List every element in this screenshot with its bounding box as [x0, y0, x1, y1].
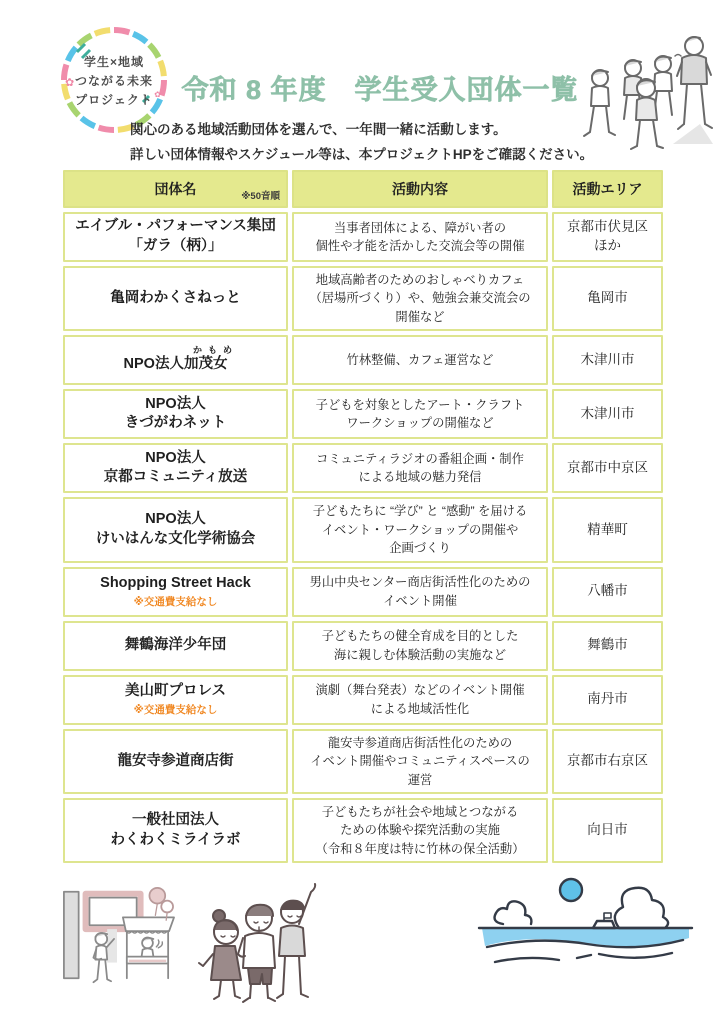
sea-and-boat-illustration: [467, 870, 702, 982]
org-activity: 龍安寺参道商店街活性化のための イベント開催やコミュニティスペースの 運営: [292, 729, 548, 794]
org-activity: 当事者団体による、障がい者の 個性や才能を活かした交流会等の開催: [292, 212, 548, 262]
column-header-area-label: 活動エリア: [573, 179, 643, 199]
org-activity: 子どもたちに “学び” と “感動” を届ける イベント・ワークショップの開催や…: [292, 497, 548, 562]
org-name: 亀岡わかくさねっと: [63, 266, 288, 331]
org-area: 木津川市: [552, 335, 663, 385]
org-area: 京都市伏見区 ほか: [552, 212, 663, 262]
org-area: 向日市: [552, 798, 663, 863]
org-activity: 子どもたちが社会や地域とつながる ための体験や探究活動の実施 （令和８年度は特に…: [292, 798, 548, 863]
column-header-name: 団体名 ※50音順: [63, 170, 288, 208]
intro-line-1: 関心のある地域活動団体を選んで、一年間一緒に活動します。: [130, 118, 600, 143]
org-activity: コミュニティラジオの番組企画・制作 による地域の魅力発信: [292, 443, 548, 493]
org-activity: 子どもたちの健全育成を目的とした 海に親しむ体験活動の実施など: [292, 621, 548, 671]
org-area: 亀岡市: [552, 266, 663, 331]
market-stall-gallery-illustration: [55, 878, 180, 996]
family-walking-illustration: [195, 880, 323, 1012]
intro-text: 関心のある地域活動団体を選んで、一年間一緒に活動します。 詳しい団体情報やスケジ…: [130, 118, 600, 168]
org-name: NPO法人 けいはんな文化学術協会: [63, 497, 288, 562]
org-name: 舞鶴海洋少年団: [63, 621, 288, 671]
logo-line-1: 学生×地域: [84, 53, 144, 70]
org-area: 南丹市: [552, 675, 663, 725]
org-area: 京都市右京区: [552, 729, 663, 794]
org-name: かもめ NPO法人加茂女: [63, 335, 288, 385]
org-name-text: NPO法人加茂女: [124, 355, 228, 375]
org-area: 八幡市: [552, 567, 663, 617]
org-name-text: 美山町プロレス: [125, 682, 226, 702]
org-activity: 演劇（舞台発表）などのイベント開催 による地域活性化: [292, 675, 548, 725]
sort-order-note: ※50音順: [241, 188, 280, 202]
org-name: 美山町プロレス ※交通費支給なし: [63, 675, 288, 725]
org-transport-note: ※交通費支給なし: [134, 595, 218, 609]
org-area: 舞鶴市: [552, 621, 663, 671]
org-transport-note: ※交通費支給なし: [134, 703, 218, 717]
org-name-furigana: かもめ: [193, 346, 238, 356]
logo-line-3: プロジェクト: [75, 91, 153, 108]
page-title: 令和 8 年度 学生受入団体一覧: [175, 68, 585, 107]
logo-line-2: つながる未来: [75, 72, 153, 89]
org-name: Shopping Street Hack ※交通費支給なし: [63, 567, 288, 617]
org-name: エイブル・パフォーマンス集団 「ガラ（柄）」: [63, 212, 288, 262]
column-header-name-label: 団体名: [155, 179, 197, 199]
org-name: NPO法人 京都コミュニティ放送: [63, 443, 288, 493]
org-area: 京都市中京区: [552, 443, 663, 493]
org-name: NPO法人 きづがわネット: [63, 389, 288, 439]
org-area: 精華町: [552, 497, 663, 562]
org-name: 龍安寺参道商店街: [63, 729, 288, 794]
org-area: 木津川市: [552, 389, 663, 439]
org-activity: 竹林整備、カフェ運営など: [292, 335, 548, 385]
footer-illustrations: [0, 874, 724, 1024]
column-header-activity-label: 活動内容: [392, 179, 448, 199]
org-name: 一般社団法人 わくわくミライラボ: [63, 798, 288, 863]
org-activity: 男山中央センター商店街活性化のための イベント開催: [292, 567, 548, 617]
intro-line-2: 詳しい団体情報やスケジュール等は、本プロジェクトHPをご確認ください。: [130, 143, 600, 168]
org-activity: 子どもを対象としたアート・クラフト ワークショップの開催など: [292, 389, 548, 439]
column-header-activity: 活動内容: [292, 170, 548, 208]
flyer-page: ✿ ✿ 学生×地域 つながる未来 プロジェクト 令和 8 年度 学生受入団体一覧: [0, 0, 724, 1024]
org-name-text: Shopping Street Hack: [100, 574, 251, 594]
org-activity: 地域高齢者のためのおしゃべりカフェ （居場所づくり）や、勉強会兼交流会の 開催な…: [292, 266, 548, 331]
column-header-area: 活動エリア: [552, 170, 663, 208]
organizations-table: 団体名 ※50音順 活動内容 活動エリア エイブル・パフォーマンス集団 「ガラ（…: [63, 170, 663, 863]
